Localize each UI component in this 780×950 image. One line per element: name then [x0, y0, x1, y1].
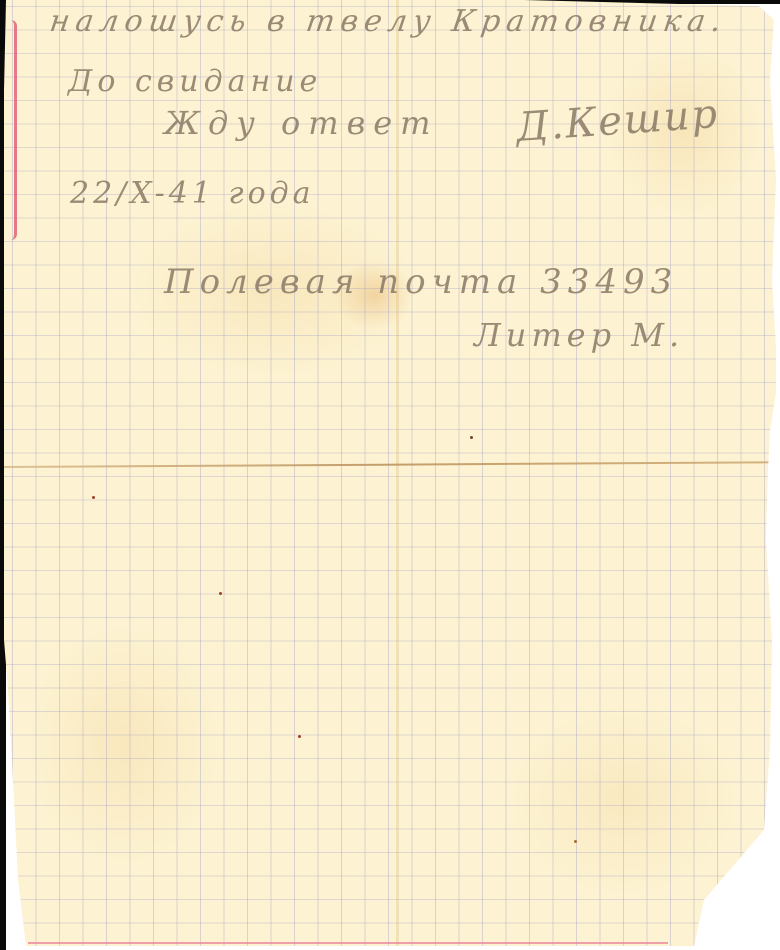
ink-dot — [219, 592, 222, 595]
letter-date: 22/X-41 года — [70, 176, 315, 211]
letter-farewell: До свидание — [68, 64, 322, 99]
ink-dot — [92, 496, 95, 499]
ink-dot — [574, 840, 577, 843]
letter-awaiting-reply: Жду ответ — [164, 104, 438, 142]
letter-sheet: налошусь в твелу Кратовника. До свидание… — [4, 0, 776, 946]
ink-dot — [470, 436, 473, 439]
red-margin-mark — [4, 20, 17, 240]
red-bottom-edge — [28, 942, 668, 944]
letter-line-1: налошусь в твелу Кратовника. — [48, 4, 730, 39]
field-post-letter-code: Литер М. — [474, 316, 684, 354]
ink-dot — [298, 735, 301, 738]
field-post-address: Полевая почта 33493 — [164, 262, 678, 302]
